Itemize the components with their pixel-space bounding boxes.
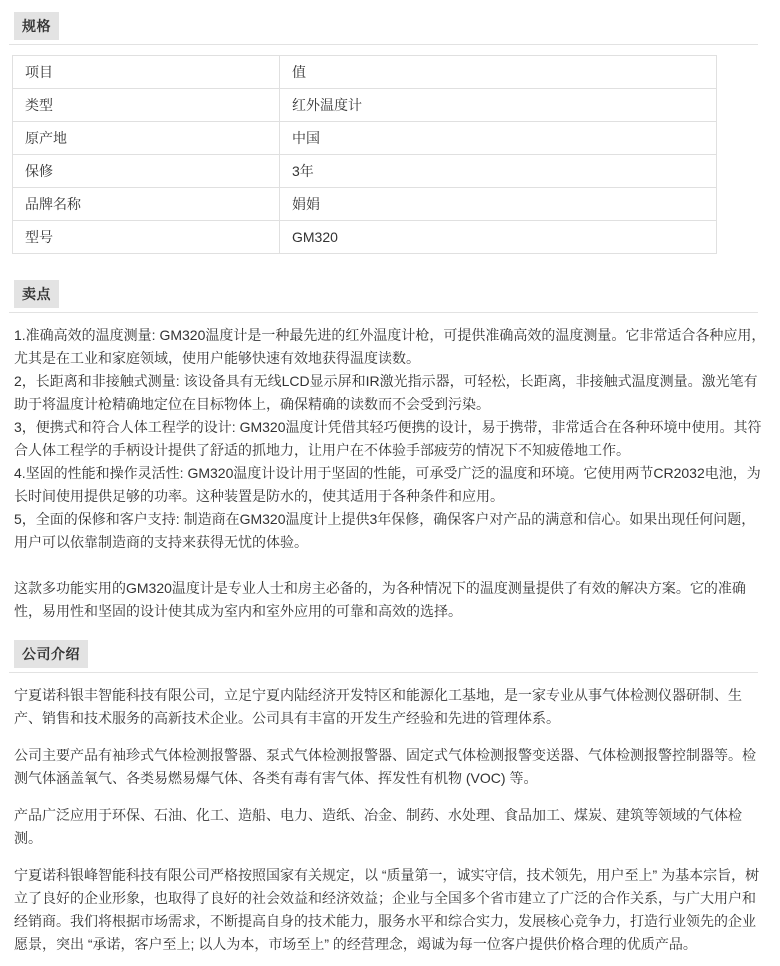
- company-section: 公司介绍 宁夏诺科银丰智能科技有限公司，立足宁夏内陆经济开发特区和能源化工基地，…: [9, 640, 770, 956]
- company-paragraph-2: 公司主要产品有袖珍式气体检测报警器、泵式气体检测报警器、固定式气体检测报警变送器…: [14, 744, 766, 790]
- selling-point-3: 3，便携式和符合人体工程学的设计: GM320温度计凭借其轻巧便携的设计，易于携…: [14, 416, 766, 462]
- selling-points-summary: 这款多功能实用的GM320温度计是专业人士和房主必备的，为各种情况下的温度测量提…: [14, 577, 766, 623]
- company-section-header: 公司介绍: [9, 640, 758, 673]
- selling-point-5: 5，全面的保修和客户支持: 制造商在GM320温度计上提供3年保修，确保客户对产…: [14, 508, 766, 554]
- specs-header-tab: 规格: [14, 12, 59, 40]
- table-row: 型号 GM320: [13, 221, 717, 254]
- selling-point-1: 1.准确高效的温度测量: GM320温度计是一种最先进的红外温度计枪，可提供准确…: [14, 324, 766, 370]
- company-paragraph-1: 宁夏诺科银丰智能科技有限公司，立足宁夏内陆经济开发特区和能源化工基地，是一家专业…: [14, 684, 766, 730]
- selling-point-4: 4.坚固的性能和操作灵活性: GM320温度计设计用于坚固的性能，可承受广泛的温…: [14, 462, 766, 508]
- table-row: 原产地 中国: [13, 122, 717, 155]
- company-header-tab: 公司介绍: [14, 640, 88, 668]
- specs-table-header-row: 项目 值: [13, 56, 717, 89]
- product-description-page: 规格 项目 值 类型 红外温度计 原产地 中国 保修 3年: [0, 0, 780, 966]
- spec-value: 3年: [280, 155, 717, 188]
- selling-points-header-tab: 卖点: [14, 280, 59, 308]
- company-paragraph-3: 产品广泛应用于环保、石油、化工、造船、电力、造纸、冶金、制药、水处理、食品加工、…: [14, 804, 766, 850]
- table-row: 品牌名称 娟娟: [13, 188, 717, 221]
- specs-table: 项目 值 类型 红外温度计 原产地 中国 保修 3年 品牌名称 娟娟: [12, 55, 717, 254]
- spec-label: 品牌名称: [13, 188, 280, 221]
- spec-label: 类型: [13, 89, 280, 122]
- spec-label: 原产地: [13, 122, 280, 155]
- spec-label: 型号: [13, 221, 280, 254]
- table-row: 保修 3年: [13, 155, 717, 188]
- table-row: 类型 红外温度计: [13, 89, 717, 122]
- specs-section-header: 规格: [9, 12, 758, 45]
- company-paragraph-4: 宁夏诺科银峰智能科技有限公司严格按照国家有关规定，以 “质量第一，诚实守信，技术…: [14, 864, 766, 956]
- spec-label: 保修: [13, 155, 280, 188]
- spec-value: 中国: [280, 122, 717, 155]
- specs-header-label-cell: 项目: [13, 56, 280, 89]
- company-intro-text: 宁夏诺科银丰智能科技有限公司，立足宁夏内陆经济开发特区和能源化工基地，是一家专业…: [9, 673, 770, 956]
- selling-points-text: 1.准确高效的温度测量: GM320温度计是一种最先进的红外温度计枪，可提供准确…: [9, 313, 770, 623]
- selling-points-section: 卖点 1.准确高效的温度测量: GM320温度计是一种最先进的红外温度计枪，可提…: [9, 280, 770, 623]
- selling-points-section-header: 卖点: [9, 280, 758, 313]
- spec-value: GM320: [280, 221, 717, 254]
- selling-point-2: 2，长距离和非接触式测量: 该设备具有无线LCD显示屏和IR激光指示器，可轻松，…: [14, 370, 766, 416]
- specs-section: 规格 项目 值 类型 红外温度计 原产地 中国 保修 3年: [9, 12, 770, 254]
- spec-value: 娟娟: [280, 188, 717, 221]
- spec-value: 红外温度计: [280, 89, 717, 122]
- specs-header-value-cell: 值: [280, 56, 717, 89]
